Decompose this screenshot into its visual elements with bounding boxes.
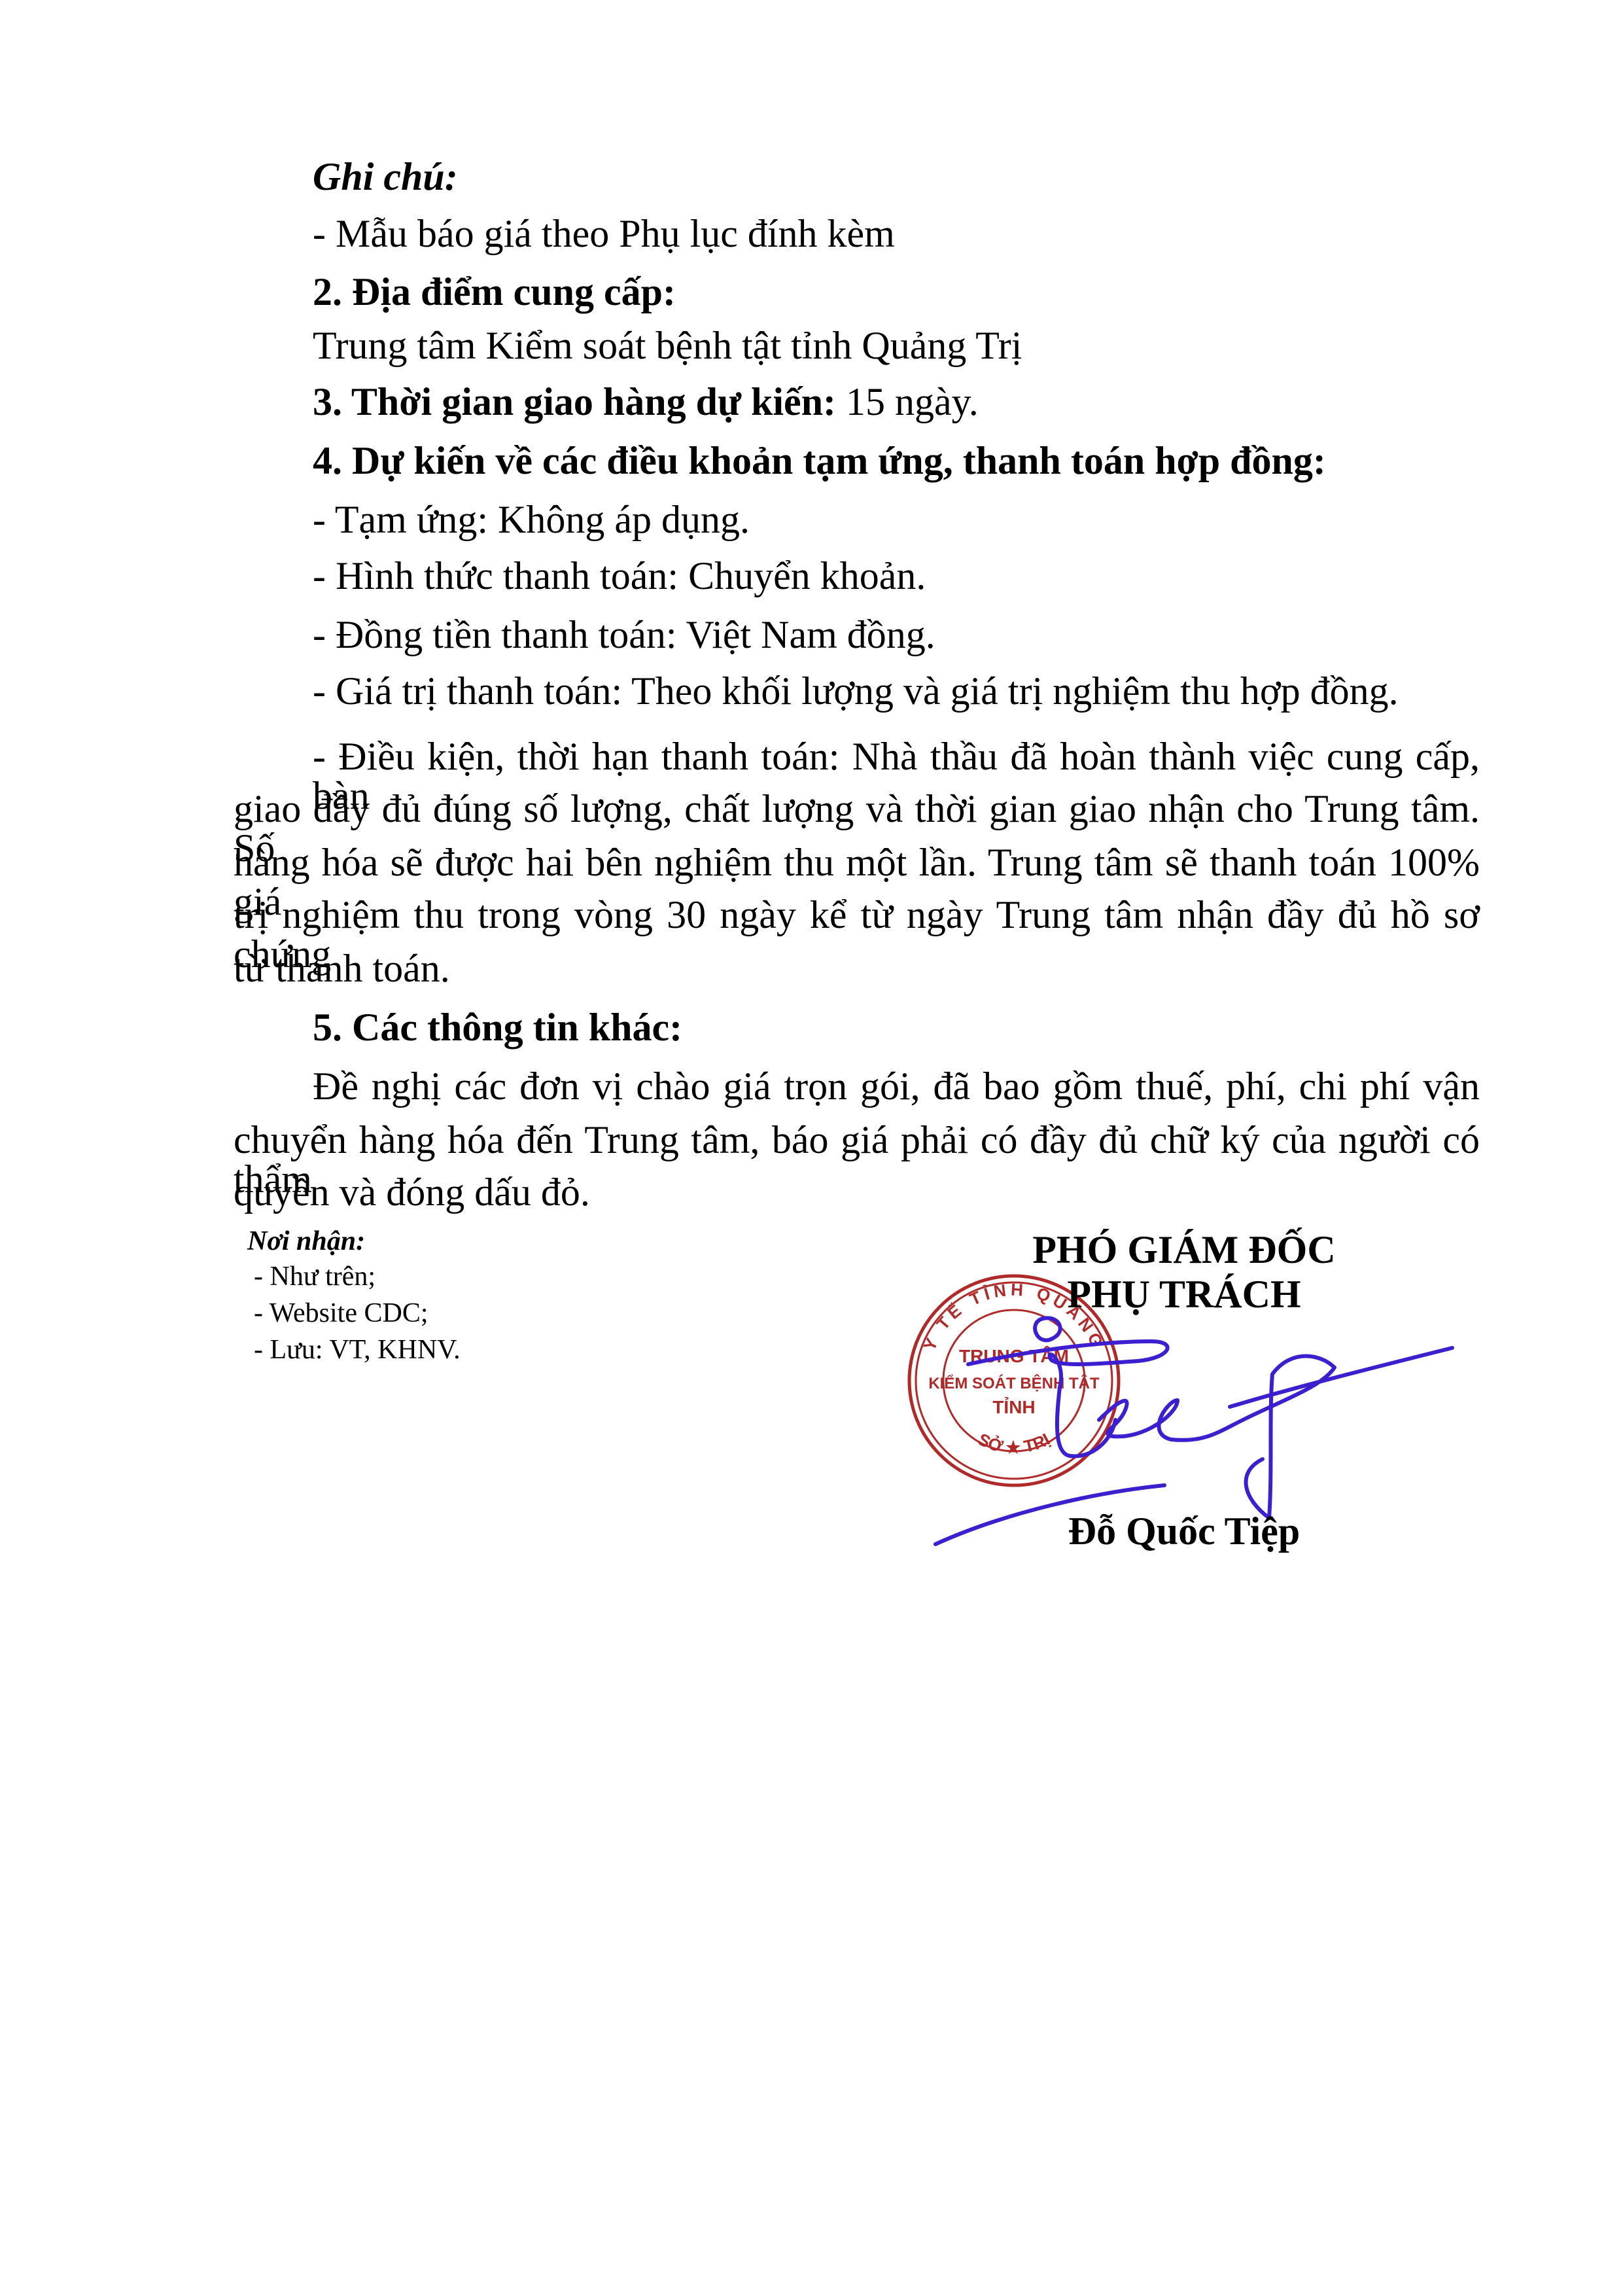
section5-heading: 5. Các thông tin khác: — [313, 1008, 682, 1047]
notes-item: - Mẫu báo giá theo Phụ lục đính kèm — [313, 214, 895, 253]
section2-body: Trung tâm Kiểm soát bệnh tật tỉnh Quảng … — [313, 326, 1022, 365]
section4-item-value: - Giá trị thanh toán: Theo khối lượng và… — [313, 671, 1399, 711]
section3-value: 15 ngày. — [836, 380, 979, 423]
signer-name: Đỗ Quốc Tiệp — [955, 1509, 1413, 1554]
recipient-item: - Website CDC; — [254, 1299, 428, 1327]
conditions-line-2: giao đầy đủ đúng số lượng, chất lượng và… — [234, 789, 1480, 830]
section4-heading: 4. Dự kiến về các điều khoản tạm ứng, th… — [313, 441, 1326, 480]
conditions-line-3: hàng hóa sẽ được hai bên nghiệm thu một … — [234, 843, 1480, 883]
section3-heading: 3. Thời gian giao hàng dự kiến: — [313, 380, 836, 423]
conditions-line-1: - Điều kiện, thời hạn thanh toán: Nhà th… — [313, 737, 1480, 777]
recipient-item: - Lưu: VT, KHNV. — [254, 1336, 461, 1364]
section5-line-2: chuyển hàng hóa đến Trung tâm, báo giá p… — [234, 1120, 1480, 1161]
conditions-line-4: trị nghiệm thu trong vòng 30 ngày kể từ … — [234, 895, 1480, 936]
notes-heading: Ghi chú: — [313, 157, 458, 196]
section4-item-advance: - Tạm ứng: Không áp dụng. — [313, 500, 750, 539]
signer-title-line1: PHÓ GIÁM ĐỐC — [955, 1227, 1413, 1273]
recipients-heading: Nơi nhận: — [247, 1227, 365, 1255]
conditions-line-5: từ thanh toán. — [234, 949, 450, 988]
recipient-item: - Như trên; — [254, 1263, 375, 1290]
section4-item-method: - Hình thức thanh toán: Chuyển khoản. — [313, 556, 926, 595]
section5-line-1: Đề nghị các đơn vị chào giá trọn gói, đã… — [313, 1067, 1480, 1107]
section2-heading: 2. Địa điểm cung cấp: — [313, 272, 676, 311]
section4-item-currency: - Đồng tiền thanh toán: Việt Nam đồng. — [313, 615, 935, 654]
section5-line-3: quyền và đóng dấu đỏ. — [234, 1173, 590, 1212]
section3-line: 3. Thời gian giao hàng dự kiến: 15 ngày. — [313, 382, 979, 421]
